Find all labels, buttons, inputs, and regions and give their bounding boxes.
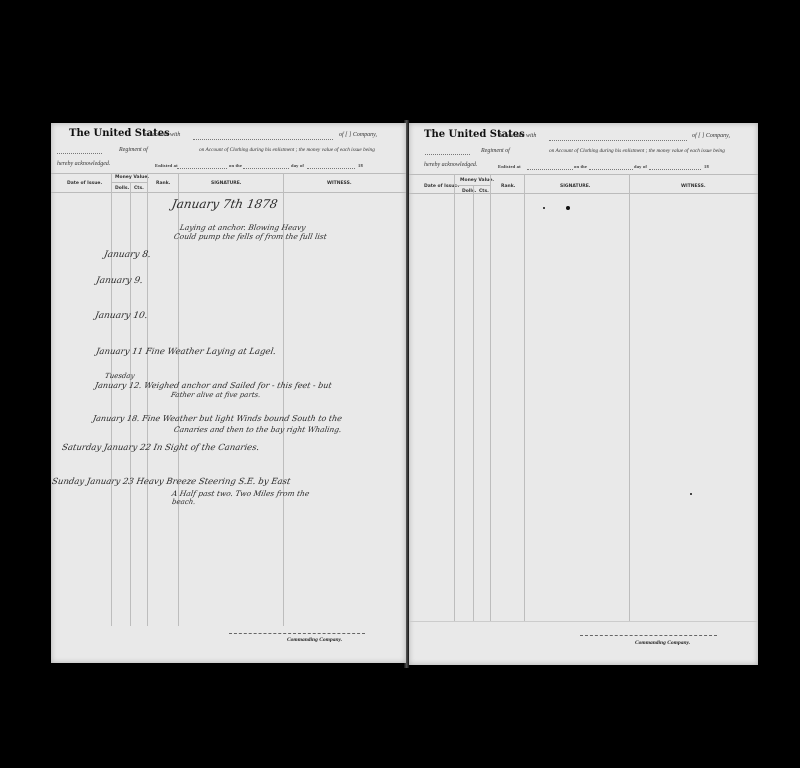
col-rank: Rank. bbox=[156, 181, 170, 186]
handwritten-entry: January 11 Fine Weather Laying at Lagel. bbox=[95, 347, 277, 357]
header-bottom-rule bbox=[51, 192, 406, 193]
col-divider bbox=[490, 174, 491, 621]
col-rank: Rank. bbox=[501, 184, 515, 189]
header-top-rule bbox=[51, 173, 406, 174]
col-date-of-issue: Date of Issue. bbox=[67, 181, 102, 186]
in-account-with-label: In account with bbox=[143, 132, 180, 138]
ink-spot bbox=[690, 493, 692, 495]
clothing-account-text: on Account of Clothing during his enlist… bbox=[199, 147, 375, 153]
company-label: of [ ] Company, bbox=[692, 133, 730, 139]
regiment-label: Regiment of bbox=[481, 148, 510, 154]
handwritten-entry: January 18. Fine Weather but light Winds… bbox=[92, 414, 343, 423]
col-signature: SIGNATURE. bbox=[211, 181, 241, 186]
col-divider bbox=[473, 185, 474, 621]
money-value-rule bbox=[111, 182, 147, 183]
year-label: 18 bbox=[358, 163, 363, 168]
col-divider bbox=[111, 173, 112, 626]
on-the-label: on the bbox=[574, 164, 587, 169]
regiment-blank bbox=[57, 153, 102, 154]
on-the-blank bbox=[589, 169, 633, 170]
handwritten-entry: Tuesday bbox=[104, 372, 135, 380]
header-bottom-rule bbox=[409, 193, 758, 194]
handwritten-entry: Canaries and then to the bay right Whali… bbox=[173, 425, 342, 434]
commanding-signature-line bbox=[580, 635, 717, 636]
year-label: 18 bbox=[704, 164, 709, 169]
day-of-blank bbox=[307, 168, 355, 169]
enlisted-at-label: Enlisted at bbox=[498, 164, 521, 169]
handwritten-entry: January 8. bbox=[103, 250, 152, 260]
col-divider bbox=[454, 174, 455, 621]
handwritten-entry: A Half past two. Two Miles from the bbox=[171, 489, 310, 498]
ink-spot bbox=[566, 206, 570, 210]
commanding-signature-line bbox=[229, 633, 365, 634]
handwritten-entry: January 9. bbox=[95, 276, 144, 286]
col-dolls: Dolls. bbox=[115, 186, 129, 191]
col-cts: Cts. bbox=[134, 186, 144, 191]
acknowledged-label: hereby acknowledged. bbox=[57, 161, 110, 167]
acknowledged-label: hereby acknowledged. bbox=[424, 162, 477, 168]
handwritten-entry: Saturday January 22 In Sight of the Cana… bbox=[61, 443, 260, 453]
col-witness: WITNESS. bbox=[681, 184, 706, 189]
day-of-label: day of bbox=[291, 163, 304, 168]
day-of-blank bbox=[649, 169, 701, 170]
enlisted-at-label: Enlisted at bbox=[155, 163, 178, 168]
ledger-page-right: The United States In account with of [ ]… bbox=[409, 123, 758, 665]
on-the-label: on the bbox=[229, 163, 242, 168]
enlisted-blank bbox=[527, 169, 573, 170]
handwritten-entry: January 12. Weighed anchor and Sailed fo… bbox=[94, 381, 332, 390]
handwritten-entry: Sunday January 23 Heavy Breeze Steering … bbox=[51, 477, 291, 487]
commanding-company-label: Commanding Company. bbox=[287, 637, 342, 643]
in-account-with-label: In account with bbox=[499, 133, 536, 139]
col-money-value: Money Value. bbox=[115, 175, 149, 180]
col-witness: WITNESS. bbox=[327, 181, 352, 186]
col-money-value: Money Value. bbox=[460, 178, 494, 183]
ink-spot bbox=[543, 207, 545, 209]
col-divider bbox=[629, 174, 630, 621]
company-label: of [ ] Company, bbox=[339, 132, 377, 138]
header-top-rule bbox=[409, 174, 758, 175]
col-divider bbox=[147, 173, 148, 626]
handwritten-entry: January 10. bbox=[94, 311, 148, 321]
regiment-label: Regiment of bbox=[119, 147, 148, 153]
enlisted-blank bbox=[177, 168, 227, 169]
name-blank bbox=[549, 140, 687, 141]
handwritten-entry: Father alive at five parts. bbox=[170, 391, 261, 399]
col-divider bbox=[130, 182, 131, 626]
col-divider bbox=[524, 174, 525, 621]
handwritten-entry: January 7th 1878 bbox=[171, 197, 279, 211]
on-the-blank bbox=[243, 168, 289, 169]
handwritten-entry: beach. bbox=[171, 498, 196, 506]
commanding-company-label: Commanding Company. bbox=[635, 640, 690, 646]
name-blank bbox=[193, 139, 333, 140]
handwritten-entry: Could pump the fells of from the full li… bbox=[173, 232, 327, 241]
table-bottom-rule bbox=[409, 621, 758, 622]
col-signature: SIGNATURE. bbox=[560, 184, 590, 189]
regiment-blank bbox=[425, 154, 470, 155]
clothing-account-text: on Account of Clothing during his enlist… bbox=[549, 148, 725, 154]
day-of-label: day of bbox=[634, 164, 647, 169]
handwritten-entry: Laying at anchor. Blowing Heavy bbox=[179, 223, 306, 232]
